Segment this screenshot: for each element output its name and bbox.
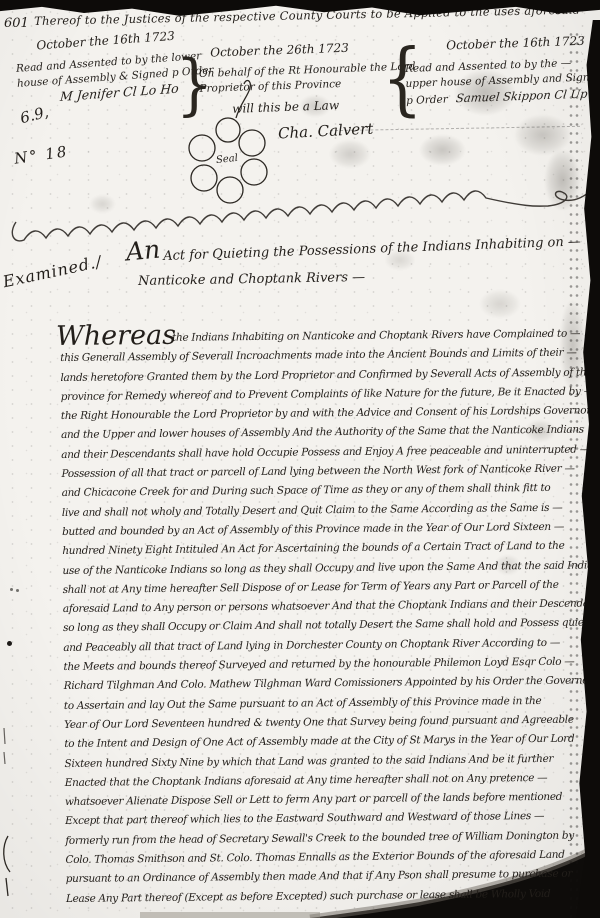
stain <box>480 290 520 318</box>
ink-dot <box>10 588 13 591</box>
page-number: 601 <box>4 16 29 31</box>
ink-dot <box>16 589 19 592</box>
act-body-initial-word: Whereas <box>56 320 176 352</box>
stain <box>330 140 370 168</box>
stain <box>90 195 115 213</box>
act-title-initial: An <box>125 235 162 267</box>
act-body: Whereas the Indians Inhabiting on Nantic… <box>60 327 598 911</box>
seal-label: Seal <box>215 153 238 166</box>
assent-proprietor-line: Proprietor of this Province <box>199 76 394 95</box>
assent-proprietor: October the 26th 1723 On behalf of the R… <box>198 39 395 117</box>
scanned-document-page: 601 Thereof to the Justices of the respe… <box>0 0 600 918</box>
stain <box>515 115 570 155</box>
assent-upper-house-line: p Order <box>406 94 448 107</box>
stain <box>420 135 465 165</box>
ink-dot <box>7 641 12 646</box>
